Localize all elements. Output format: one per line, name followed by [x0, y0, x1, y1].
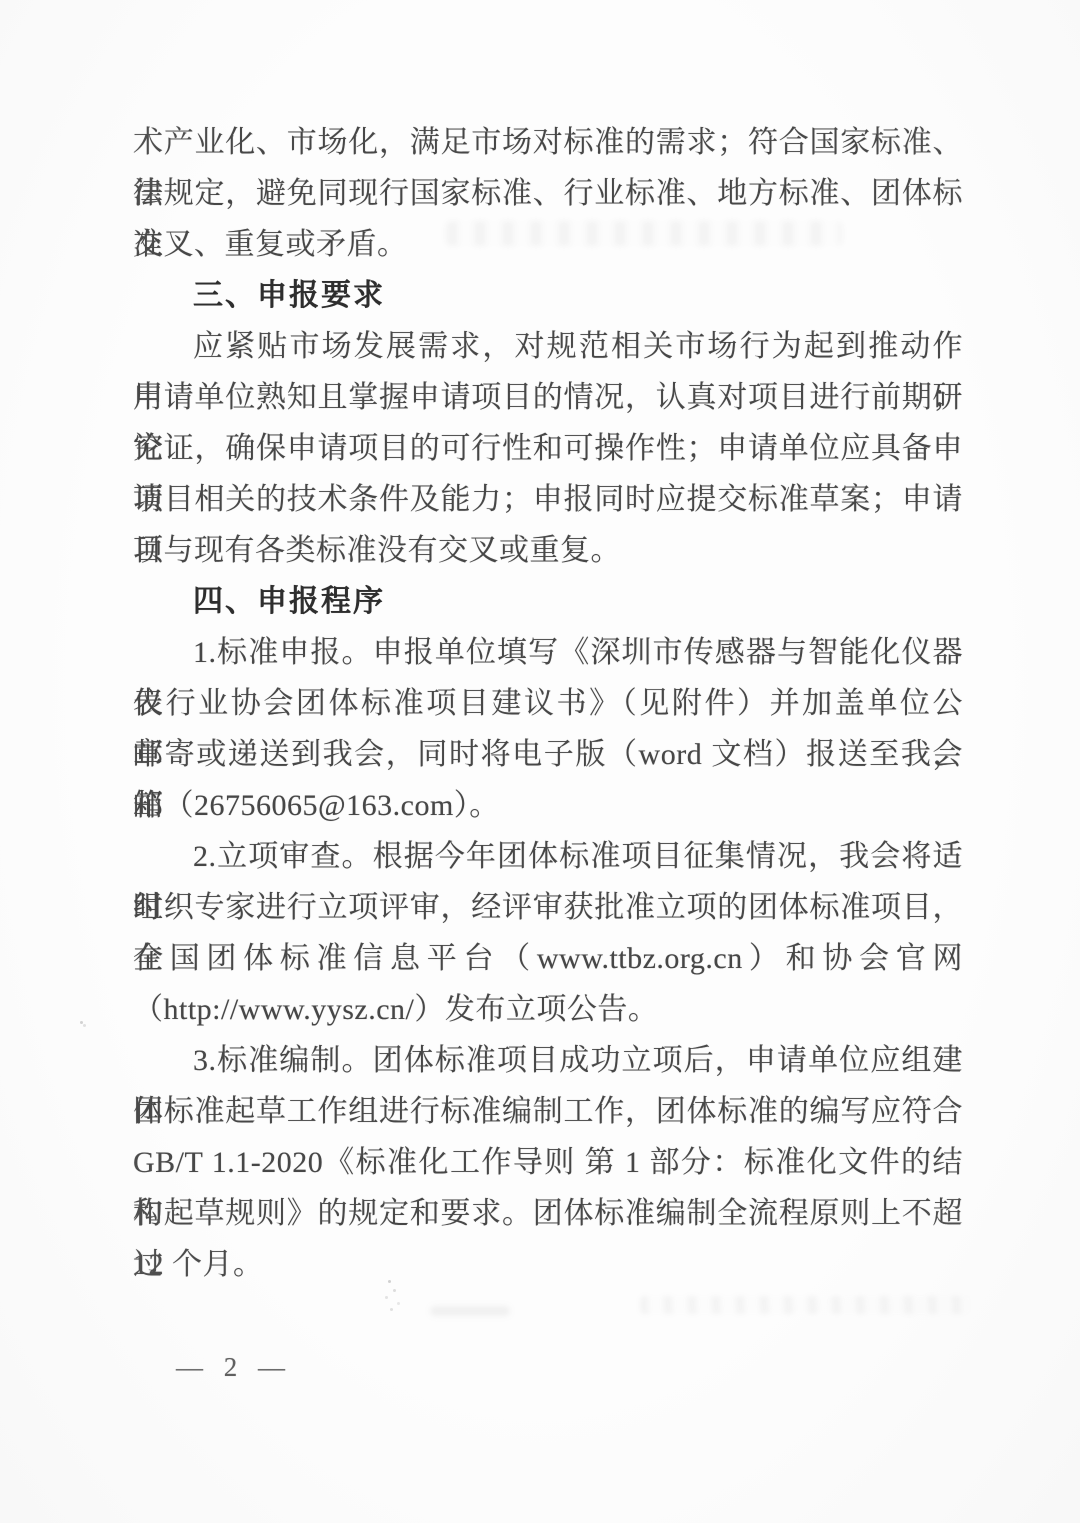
- text-line: GB/T 1.1-2020《标准化工作导则 第 1 部分：标准化文件的结构: [133, 1137, 963, 1188]
- scan-artifact-speckle: [80, 1021, 83, 1024]
- text-line: 全国团体标准信息平台（www.ttbz.org.cn）和协会官网: [133, 933, 963, 984]
- text-line: 表行业协会团体标准项目建议书》（见附件）并加盖单位公章，: [133, 678, 963, 729]
- section-heading-3: 三、申报要求: [133, 270, 963, 321]
- scan-artifact-smudge: [430, 1306, 510, 1316]
- text-line: 12 个月。: [133, 1239, 963, 1290]
- text-line: 论证，确保申请项目的可行性和可操作性；申请单位应具备申请: [133, 423, 963, 474]
- page-number: — 2 —: [176, 1352, 292, 1383]
- scan-artifact-smudge: [640, 1296, 970, 1314]
- text-line: 体标准起草工作组进行标准编制工作，团体标准的编写应符合: [133, 1086, 963, 1137]
- text-line: 3.标准编制。团体标准项目成功立项后，申请单位应组建团: [133, 1035, 963, 1086]
- text-line: 应紧贴市场发展需求，对规范相关市场行为起到推动作用；: [133, 321, 963, 372]
- section-heading-4: 四、申报程序: [133, 576, 963, 627]
- text-line: 申请单位熟知且掌握申请项目的情况，认真对项目进行前期研究: [133, 372, 963, 423]
- text-line: 1.标准申报。申报单位填写《深圳市传感器与智能化仪器仪: [133, 627, 963, 678]
- text-line: 和起草规则》的规定和要求。团体标准编制全流程原则上不超过: [133, 1188, 963, 1239]
- text-line: 律规定，避免同现行国家标准、行业标准、地方标准、团体标准: [133, 168, 963, 219]
- text-line: 箱（26756065@163.com）。: [133, 780, 963, 831]
- text-line: 2.立项审查。根据今年团体标准项目征集情况，我会将适时: [133, 831, 963, 882]
- text-line: 目与现有各类标准没有交叉或重复。: [133, 525, 963, 576]
- document-body: 术产业化、市场化，满足市场对标准的需求；符合国家标准、法 律规定，避免同现行国家…: [133, 117, 963, 1290]
- text-line: 组织专家进行立项评审，经评审获批准立项的团体标准项目，在: [133, 882, 963, 933]
- text-line: 项目相关的技术条件及能力；申报同时应提交标准草案；申请项: [133, 474, 963, 525]
- text-line: 术产业化、市场化，满足市场对标准的需求；符合国家标准、法: [133, 117, 963, 168]
- text-line: 邮寄或递送到我会，同时将电子版（word 文档）报送至我会邮: [133, 729, 963, 780]
- text-line: 交叉、重复或矛盾。: [133, 219, 963, 270]
- text-line: （http://www.yysz.cn/）发布立项公告。: [133, 984, 963, 1035]
- document-page: 术产业化、市场化，满足市场对标准的需求；符合国家标准、法 律规定，避免同现行国家…: [0, 0, 1080, 1523]
